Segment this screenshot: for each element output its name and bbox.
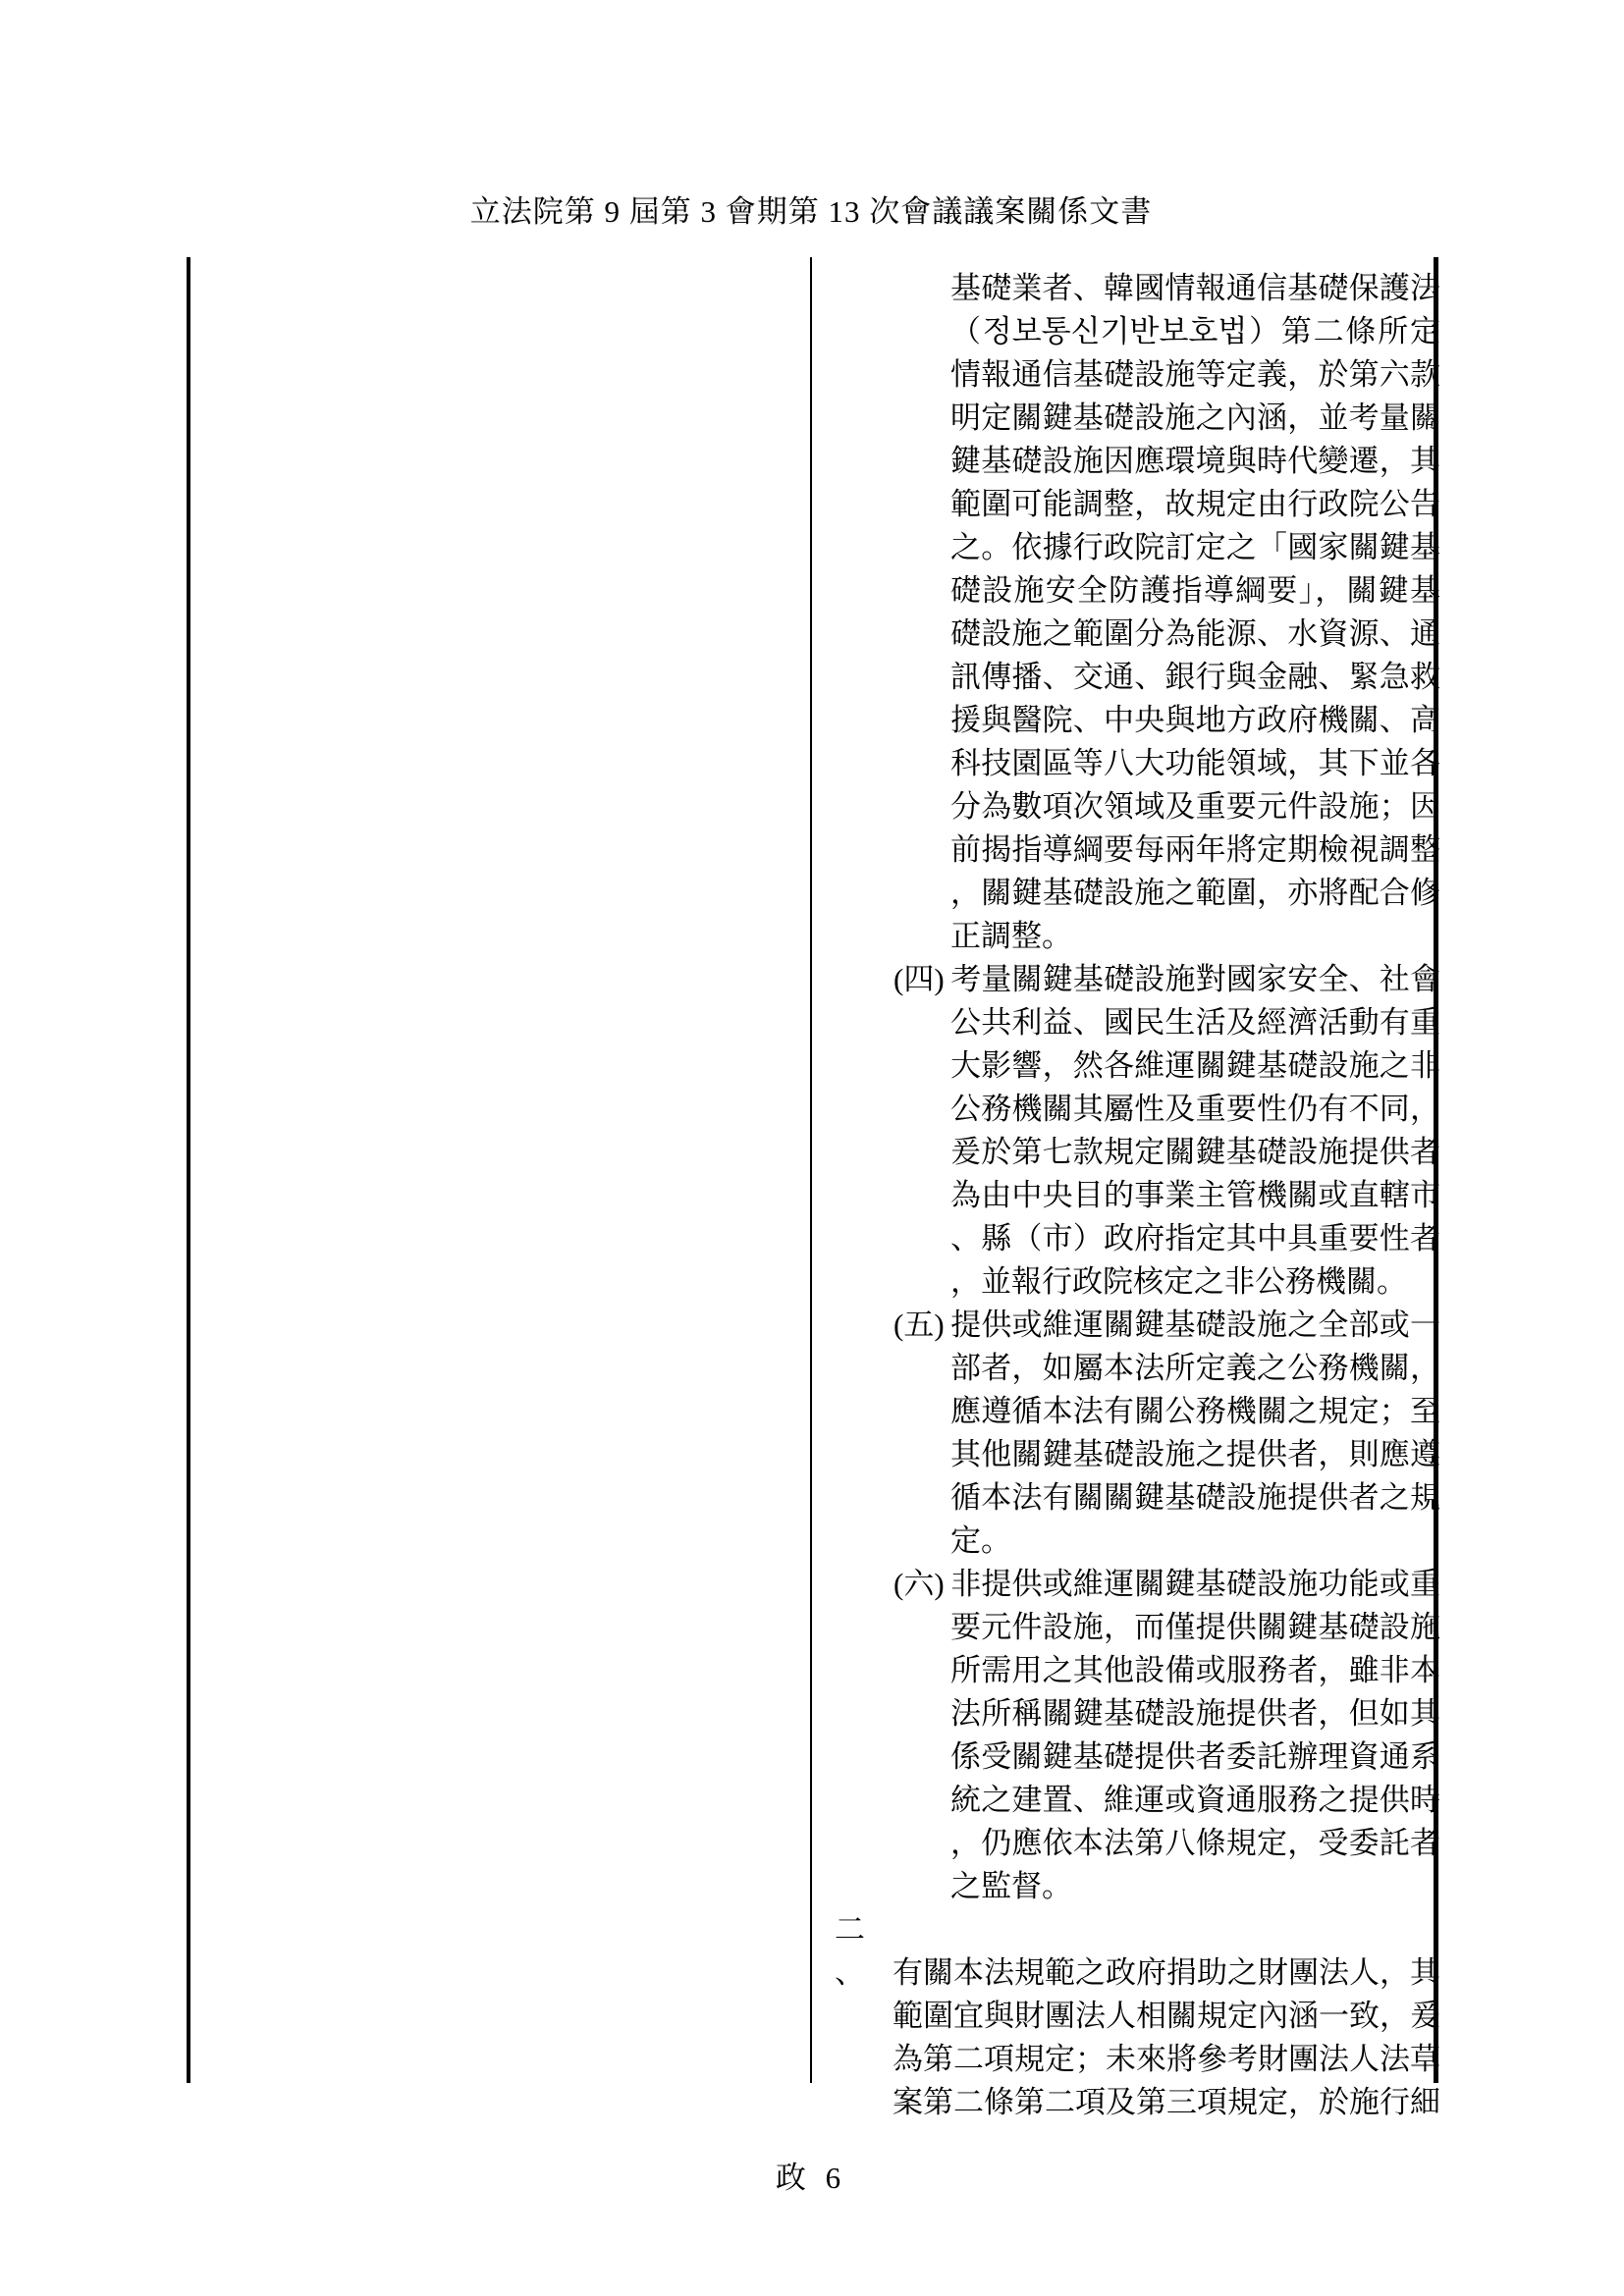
explanation-paragraph-item2: 二、有關本法規範之政府捐助之財團法人，其範圍宜與財團法人相關規定內涵一致，爰為第… bbox=[835, 1908, 1440, 2124]
table-column-explanation: 基礎業者、韓國情報通信基礎保護法（정보통신기반보호법）第二條所定情報通信基礎設施… bbox=[812, 257, 1438, 2083]
document-page: 立法院第 9 屆第 3 會期第 13 次會議議案關係文書 基礎業者、韓國情報通信… bbox=[0, 0, 1624, 2296]
paragraph-text: 基礎業者、韓國情報通信基礎保護法（정보통신기반보호법）第二條所定情報通信基礎設施… bbox=[950, 271, 1440, 953]
explanation-paragraph-subitem6: (六)非提供或維運關鍵基礎設施功能或重要元件設施，而僅提供關鍵基礎設施所需用之其… bbox=[893, 1563, 1440, 1908]
paragraph-text: 非提供或維運關鍵基礎設施功能或重要元件設施，而僅提供關鍵基礎設施所需用之其他設備… bbox=[950, 1567, 1440, 1903]
explanation-paragraph-subitem5: (五)提供或維運關鍵基礎設施之全部或一部者，如屬本法所定義之公務機關，應遵循本法… bbox=[893, 1304, 1440, 1563]
paragraph-text: 提供或維運關鍵基礎設施之全部或一部者，如屬本法所定義之公務機關，應遵循本法有關公… bbox=[950, 1308, 1440, 1558]
explanation-text-block: 基礎業者、韓國情報通信基礎保護法（정보통신기반보호법）第二條所定情報通信基礎設施… bbox=[835, 267, 1440, 2124]
list-item-marker: 二、 bbox=[835, 1908, 893, 1995]
page-number: 政 6 bbox=[187, 2153, 1435, 2197]
list-item-marker: (六) bbox=[893, 1563, 950, 1606]
paragraph-text: 考量關鍵基礎設施對國家安全、社會公共利益、國民生活及經濟活動有重大影響，然各維運… bbox=[950, 962, 1440, 1299]
comparison-table: 基礎業者、韓國情報通信基礎保護法（정보통신기반보호법）第二條所定情報通信基礎設施… bbox=[187, 257, 1438, 2083]
document-title: 立法院第 9 屆第 3 會期第 13 次會議議案關係文書 bbox=[187, 187, 1435, 231]
paragraph-text: 有關本法規範之政府捐助之財團法人，其範圍宜與財團法人相關規定內涵一致，爰為第二項… bbox=[893, 1955, 1440, 2119]
list-item-marker: (五) bbox=[893, 1304, 950, 1347]
table-column-provision-empty bbox=[190, 257, 810, 2083]
explanation-paragraph-subitem3-continuation: 基礎業者、韓國情報通信基礎保護法（정보통신기반보호법）第二條所定情報通信基礎設施… bbox=[950, 267, 1440, 958]
list-item-marker: (四) bbox=[893, 958, 950, 1001]
explanation-paragraph-subitem4: (四)考量關鍵基礎設施對國家安全、社會公共利益、國民生活及經濟活動有重大影響，然… bbox=[893, 958, 1440, 1304]
